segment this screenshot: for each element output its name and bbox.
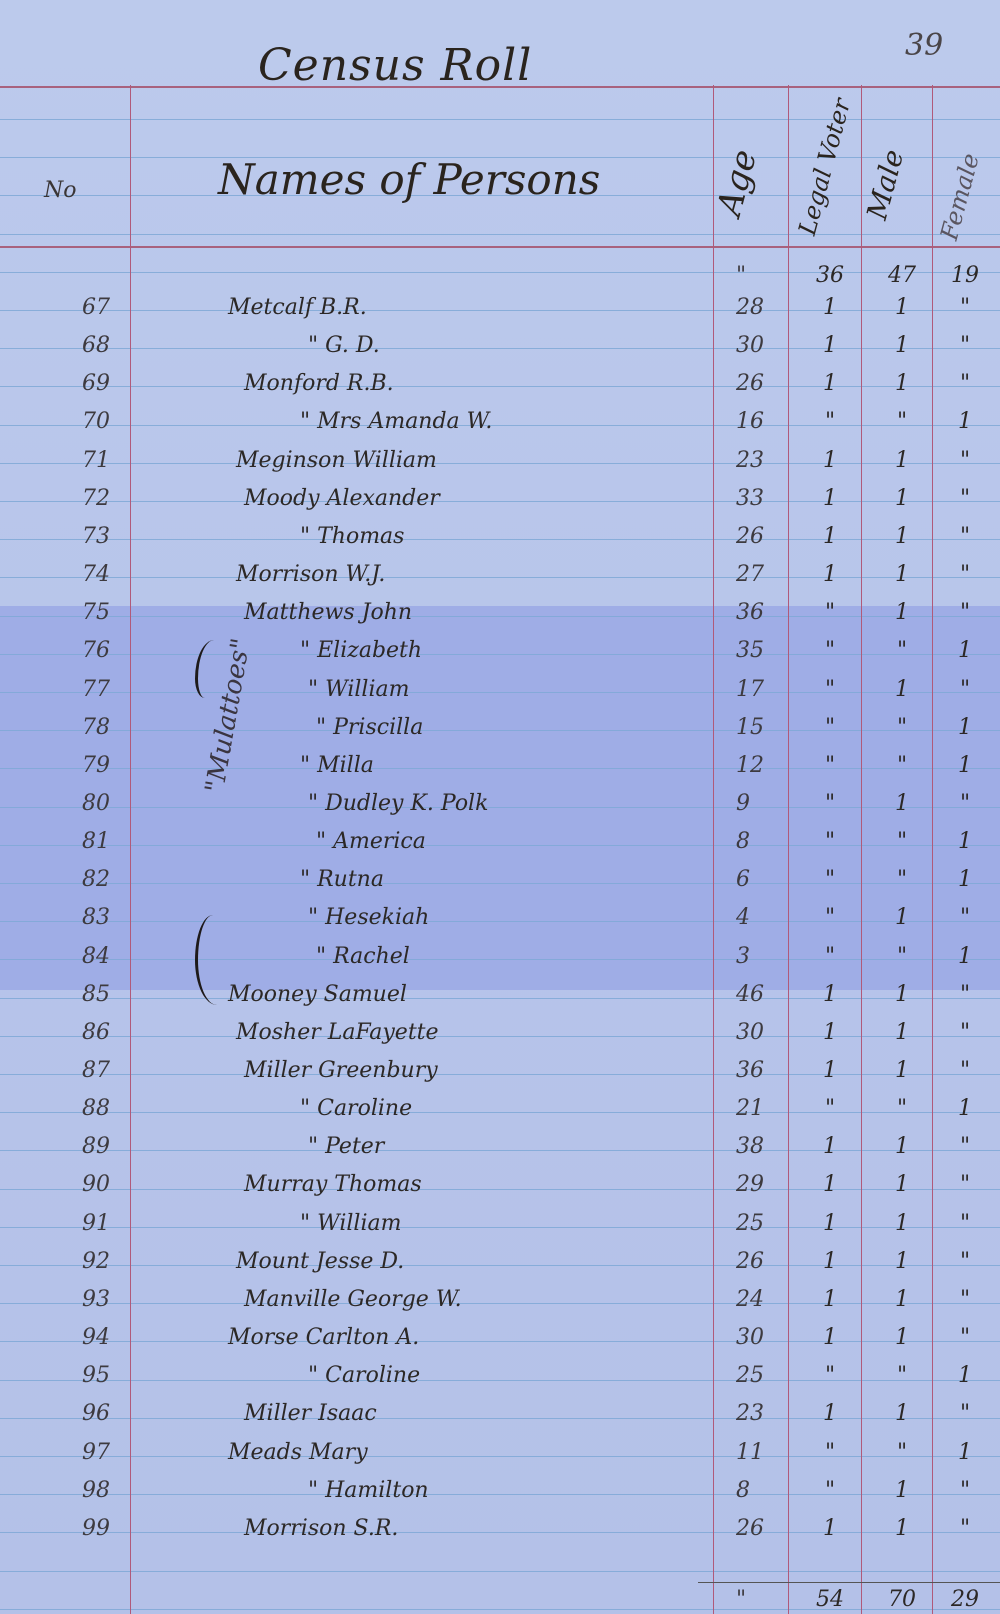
male-mark: 1 [872,905,932,930]
table-row: 83" Hesekiah4"1" [0,894,1000,932]
male-mark: 1 [872,1211,932,1236]
legal-voter-mark: " [800,638,860,663]
person-name: " Mrs Amanda W. [300,409,492,434]
male-mark: " [872,944,932,969]
person-name: " Caroline [300,1096,412,1121]
age-value: 23 [736,448,786,473]
person-name: Mooney Samuel [228,982,407,1007]
row-number: 87 [82,1058,132,1083]
person-name: " Hamilton [308,1478,429,1503]
female-mark: " [935,295,995,320]
person-name: Meginson William [236,448,437,473]
legal-voter-mark: 1 [800,524,860,549]
female-mark: " [935,524,995,549]
age-value: 30 [736,1325,786,1350]
age-value: 26 [736,1249,786,1274]
header-names: Names of Persons [218,155,600,204]
person-name: Morse Carlton A. [228,1325,419,1350]
legal-voter-mark: 1 [800,1020,860,1045]
legal-voter-mark: " [800,905,860,930]
age-value: 38 [736,1134,786,1159]
table-row: 96Miller Isaac2311" [0,1390,1000,1428]
male-mark: " [872,638,932,663]
row-number: 91 [82,1211,132,1236]
person-name: " America [316,829,426,854]
female-mark: 1 [935,638,995,663]
male-mark: 1 [872,600,932,625]
table-row: 84" Rachel3""1 [0,933,1000,971]
row-number: 95 [82,1363,132,1388]
legal-voter-mark: " [800,944,860,969]
table-row: 94Morse Carlton A.3011" [0,1314,1000,1352]
table-row: 73" Thomas2611" [0,513,1000,551]
row-number: 67 [82,295,132,320]
age-value: 8 [736,829,786,854]
row-number: 71 [82,448,132,473]
table-row: 85Mooney Samuel4611" [0,971,1000,1009]
table-row: 76" Elizabeth35""1 [0,627,1000,665]
legal-voter-mark: " [800,829,860,854]
female-mark: " [935,1249,995,1274]
age-value: 15 [736,715,786,740]
male-mark: " [872,829,932,854]
male-mark: " [872,409,932,434]
male-mark: 1 [872,982,932,1007]
legal-voter-mark: " [800,867,860,892]
row-number: 79 [82,753,132,778]
legal-voter-mark: " [800,1096,860,1121]
table-row: 78" Priscilla15""1 [0,704,1000,742]
male-mark: 1 [872,1325,932,1350]
table-row: 79" Milla12""1 [0,742,1000,780]
person-name: " Thomas [300,524,404,549]
table-row: 70" Mrs Amanda W.16""1 [0,398,1000,436]
person-name: Mosher LaFayette [236,1020,439,1045]
age-value: 23 [736,1401,786,1426]
female-mark: " [935,333,995,358]
male-mark: 1 [872,333,932,358]
age-value: 17 [736,677,786,702]
male-mark: 1 [872,1249,932,1274]
male-mark: 1 [872,524,932,549]
header-no: No [44,178,77,203]
row-number: 96 [82,1401,132,1426]
age-value: 4 [736,905,786,930]
person-name: Manville George W. [244,1287,462,1312]
person-name: Mount Jesse D. [236,1249,404,1274]
age-value: 30 [736,1020,786,1045]
person-name: Moody Alexander [244,486,440,511]
age-value: 26 [736,524,786,549]
total-male: 70 [872,1587,932,1612]
person-name: " Milla [300,753,374,778]
row-number: 83 [82,905,132,930]
person-name: " Peter [308,1134,384,1159]
male-mark: " [872,1363,932,1388]
age-value: 27 [736,562,786,587]
row-number: 85 [82,982,132,1007]
table-row: 68" G. D.3011" [0,322,1000,360]
row-number: 82 [82,867,132,892]
female-mark: 1 [935,1440,995,1465]
male-mark: " [872,753,932,778]
totals-rule [698,1582,1000,1583]
person-name: Morrison W.J. [236,562,385,587]
legal-voter-mark: 1 [800,1134,860,1159]
legal-voter-mark: 1 [800,1058,860,1083]
age-value: 9 [736,791,786,816]
total-female: 29 [935,1587,995,1612]
age-value: 24 [736,1287,786,1312]
row-number: 81 [82,829,132,854]
age-value: 36 [736,600,786,625]
person-name: Meads Mary [228,1440,368,1465]
table-row: 82" Rutna6""1 [0,856,1000,894]
male-mark: " [872,867,932,892]
female-mark: " [935,371,995,396]
legal-voter-mark: " [800,715,860,740]
age-value: 29 [736,1172,786,1197]
male-mark: 1 [872,791,932,816]
female-mark: " [935,1211,995,1236]
female-mark: 1 [935,753,995,778]
person-name: Metcalf B.R. [228,295,367,320]
legal-voter-mark: 1 [800,562,860,587]
female-mark: " [935,982,995,1007]
male-mark: 1 [872,1516,932,1541]
table-row: 71Meginson William2311" [0,437,1000,475]
row-number: 99 [82,1516,132,1541]
male-mark: 1 [872,1287,932,1312]
table-row: 99Morrison S.R.2611" [0,1505,1000,1543]
person-name: Murray Thomas [244,1172,422,1197]
person-name: " Hesekiah [308,905,429,930]
person-name: " G. D. [308,333,380,358]
person-name: " William [300,1211,401,1236]
row-number: 92 [82,1249,132,1274]
male-mark: 1 [872,677,932,702]
age-value: 35 [736,638,786,663]
legal-voter-mark: 1 [800,1325,860,1350]
male-mark: 1 [872,1134,932,1159]
legal-voter-mark: " [800,1478,860,1503]
ledger-line [0,234,1000,235]
male-mark: " [872,1440,932,1465]
row-number: 84 [82,944,132,969]
table-row: 95" Caroline25""1 [0,1352,1000,1390]
person-name: Monford R.B. [244,371,394,396]
table-row: 77" William17"1" [0,666,1000,704]
row-number: 90 [82,1172,132,1197]
male-mark: 1 [872,295,932,320]
row-number: 88 [82,1096,132,1121]
table-row: 81" America8""1 [0,818,1000,856]
age-value: 3 [736,944,786,969]
row-number: 69 [82,371,132,396]
legal-voter-mark: 1 [800,371,860,396]
table-row: 67Metcalf B.R.2811" [0,284,1000,322]
age-value: 26 [736,371,786,396]
age-value: 6 [736,867,786,892]
male-mark: 1 [872,1478,932,1503]
legal-voter-mark: 1 [800,486,860,511]
table-row: 87Miller Greenbury3611" [0,1047,1000,1085]
age-value: 21 [736,1096,786,1121]
row-number: 86 [82,1020,132,1045]
page-number: 39 [905,28,943,63]
person-name: " Dudley K. Polk [308,791,488,816]
male-mark: 1 [872,1020,932,1045]
age-value: 25 [736,1363,786,1388]
table-row: 80" Dudley K. Polk9"1" [0,780,1000,818]
row-number: 73 [82,524,132,549]
table-row: 75Matthews John36"1" [0,589,1000,627]
row-number: 97 [82,1440,132,1465]
age-value: 36 [736,1058,786,1083]
legal-voter-mark: " [800,753,860,778]
totals-row: " 54 70 29 [0,1584,1000,1614]
age-value: 11 [736,1440,786,1465]
legal-voter-mark: " [800,409,860,434]
female-mark: " [935,486,995,511]
female-mark: " [935,562,995,587]
person-name: " William [308,677,409,702]
table-row: 90Murray Thomas2911" [0,1161,1000,1199]
header-bottom-rule [0,246,1000,248]
female-mark: " [935,905,995,930]
age-value: 46 [736,982,786,1007]
legal-voter-mark: 1 [800,448,860,473]
female-mark: 1 [935,1096,995,1121]
legal-voter-mark: 1 [800,1287,860,1312]
female-mark: " [935,1020,995,1045]
female-mark: 1 [935,829,995,854]
female-mark: " [935,791,995,816]
table-row: 69Monford R.B.2611" [0,360,1000,398]
male-mark: 1 [872,371,932,396]
table-row: 93Manville George W.2411" [0,1276,1000,1314]
age-value: 12 [736,753,786,778]
person-name: " Caroline [308,1363,420,1388]
table-row: 97Meads Mary11""1 [0,1429,1000,1467]
legal-voter-mark: " [800,600,860,625]
legal-voter-mark: " [800,677,860,702]
table-row: 88" Caroline21""1 [0,1085,1000,1123]
table-row: 98" Hamilton8"1" [0,1467,1000,1505]
legal-voter-mark: " [800,791,860,816]
age-value: 28 [736,295,786,320]
male-mark: 1 [872,448,932,473]
table-row: 74Morrison W.J.2711" [0,551,1000,589]
row-number: 80 [82,791,132,816]
female-mark: " [935,1478,995,1503]
female-mark: " [935,677,995,702]
female-mark: 1 [935,1363,995,1388]
female-mark: " [935,600,995,625]
person-name: Miller Isaac [244,1401,377,1426]
legal-voter-mark: 1 [800,1516,860,1541]
female-mark: " [935,448,995,473]
row-number: 76 [82,638,132,663]
legal-voter-mark: 1 [800,1249,860,1274]
female-mark: " [935,1058,995,1083]
female-mark: " [935,1134,995,1159]
row-number: 68 [82,333,132,358]
female-mark: 1 [935,867,995,892]
female-mark: " [935,1172,995,1197]
person-name: " Priscilla [316,715,423,740]
male-mark: 1 [872,1058,932,1083]
person-name: Morrison S.R. [244,1516,398,1541]
age-value: 26 [736,1516,786,1541]
male-mark: " [872,1096,932,1121]
person-name: " Rutna [300,867,384,892]
male-mark: " [872,715,932,740]
male-mark: 1 [872,1172,932,1197]
legal-voter-mark: " [800,1363,860,1388]
age-value: 30 [736,333,786,358]
person-name: " Rachel [316,944,410,969]
total-voter: 54 [800,1587,860,1612]
total-age: " [736,1587,786,1612]
person-name: Miller Greenbury [244,1058,438,1083]
age-value: 25 [736,1211,786,1236]
table-row: 86Mosher LaFayette3011" [0,1009,1000,1047]
row-number: 72 [82,486,132,511]
person-name: " Elizabeth [300,638,422,663]
legal-voter-mark: " [800,1440,860,1465]
age-value: 16 [736,409,786,434]
legal-voter-mark: 1 [800,1211,860,1236]
row-number: 94 [82,1325,132,1350]
female-mark: 1 [935,944,995,969]
row-number: 93 [82,1287,132,1312]
row-number: 89 [82,1134,132,1159]
ledger-line [0,1571,1000,1572]
legal-voter-mark: 1 [800,295,860,320]
age-value: 8 [736,1478,786,1503]
male-mark: 1 [872,486,932,511]
table-row: 89" Peter3811" [0,1123,1000,1161]
row-number: 75 [82,600,132,625]
female-mark: " [935,1325,995,1350]
row-number: 78 [82,715,132,740]
legal-voter-mark: 1 [800,1172,860,1197]
row-number: 74 [82,562,132,587]
legal-voter-mark: 1 [800,1401,860,1426]
male-mark: 1 [872,562,932,587]
table-row: 91" William2511" [0,1200,1000,1238]
age-value: 33 [736,486,786,511]
person-name: Matthews John [244,600,412,625]
female-mark: 1 [935,409,995,434]
row-number: 98 [82,1478,132,1503]
female-mark: " [935,1401,995,1426]
male-mark: 1 [872,1401,932,1426]
female-mark: " [935,1516,995,1541]
row-number: 70 [82,409,132,434]
table-row: 72Moody Alexander3311" [0,475,1000,513]
female-mark: " [935,1287,995,1312]
legal-voter-mark: 1 [800,982,860,1007]
row-number: 77 [82,677,132,702]
female-mark: 1 [935,715,995,740]
table-row: 92Mount Jesse D.2611" [0,1238,1000,1276]
page-title: Census Roll [258,40,532,91]
legal-voter-mark: 1 [800,333,860,358]
